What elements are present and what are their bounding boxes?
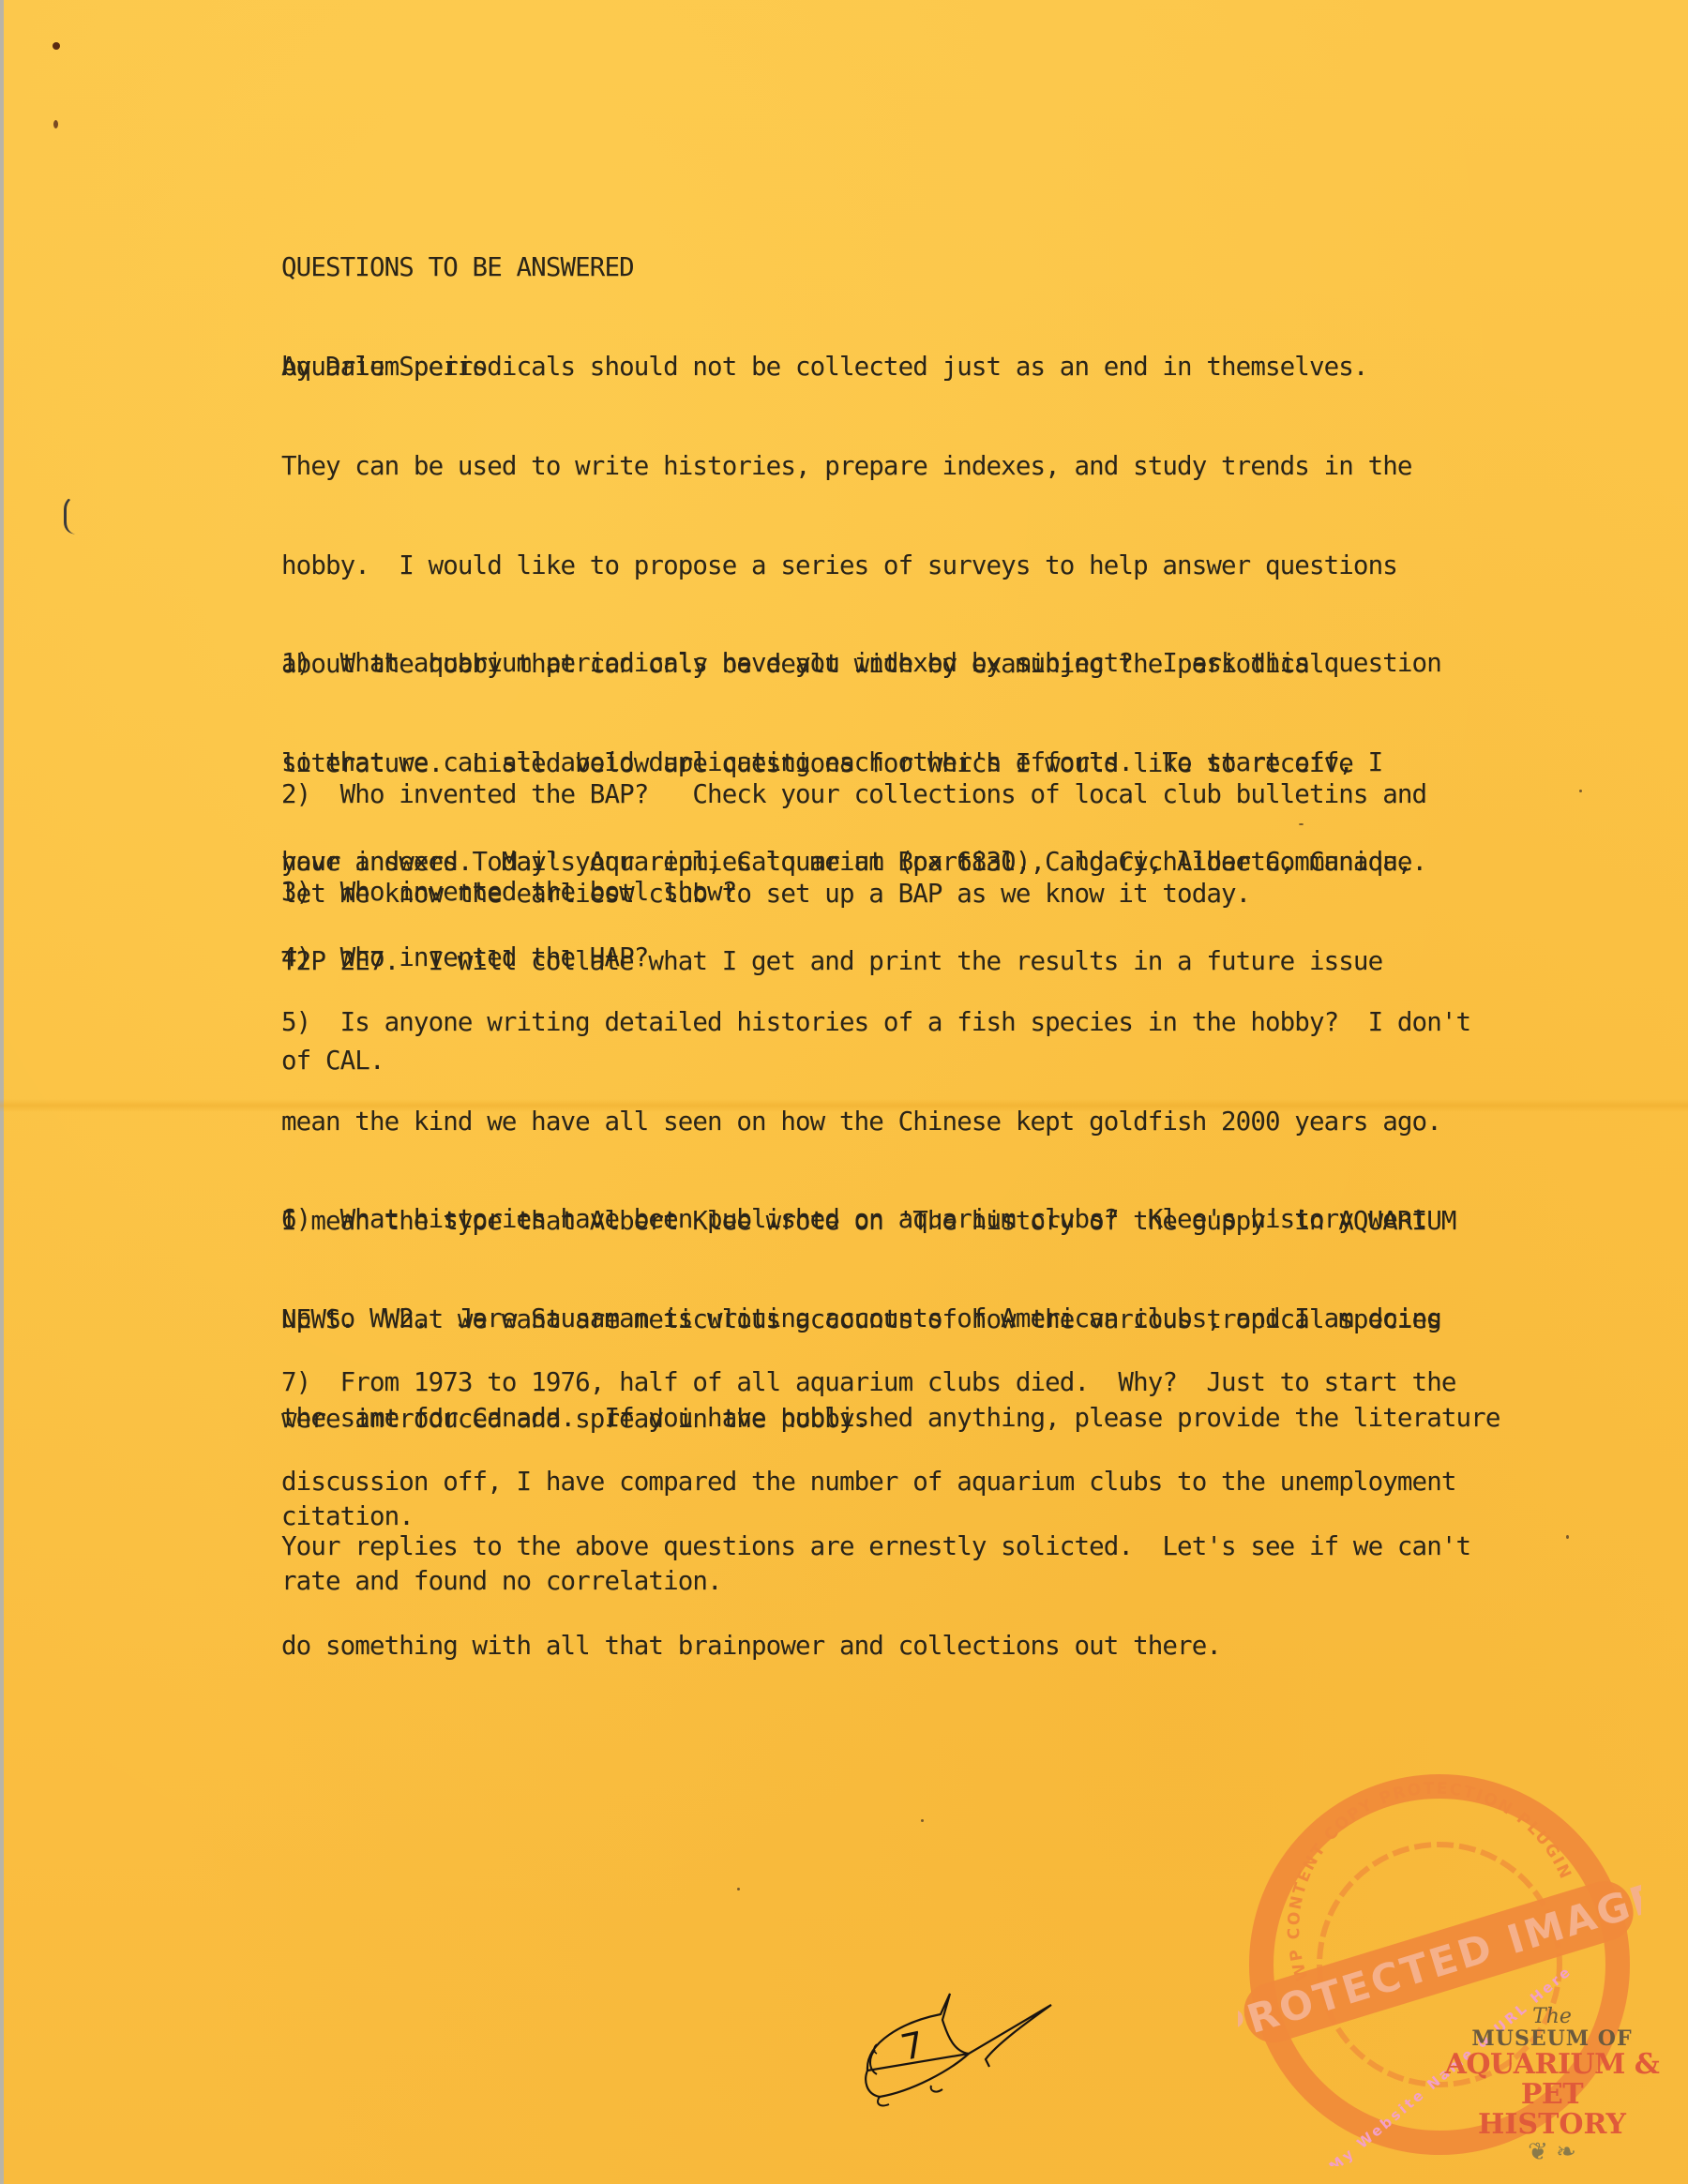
paper-speck	[1579, 790, 1582, 792]
punch-hole-mark	[53, 42, 60, 50]
paper-speck	[1566, 1535, 1569, 1539]
question-line: mean the kind we have all seen on how th…	[281, 1106, 1470, 1138]
question-line: 1) What aquarium periodicals have you in…	[281, 647, 1441, 680]
question-line: 7) From 1973 to 1976, half of all aquari…	[281, 1366, 1456, 1399]
paper-speck	[737, 1888, 740, 1890]
museum-logo-the: The	[1425, 2007, 1679, 2027]
museum-logo-aquarium: AQUARIUM & PET	[1425, 2050, 1679, 2110]
paragraph-line: They can be used to write histories, pre…	[281, 450, 1412, 483]
punch-hole-mark	[53, 120, 58, 128]
scan-edge	[0, 0, 4, 2184]
paragraph-line: Aquarium periodicals should not be colle…	[281, 351, 1412, 384]
museum-logo-history: HISTORY	[1425, 2110, 1679, 2140]
paragraph-line: hobby. I would like to propose a series …	[281, 550, 1412, 582]
closing-paragraph: Your replies to the above questions are …	[281, 1465, 1470, 1695]
museum-logo-of: MUSEUM OF	[1425, 2027, 1679, 2050]
article-title: QUESTIONS TO BE ANSWERED	[281, 251, 634, 284]
question-line: 6) What histories have been published on…	[281, 1203, 1500, 1236]
staple-mark	[64, 494, 82, 535]
fish-doodle-icon: 7	[837, 1986, 1063, 2117]
museum-logo: The MUSEUM OF AQUARIUM & PET HISTORY ❦ ❧	[1425, 2007, 1679, 2166]
paragraph-line: do something with all that brainpower an…	[281, 1630, 1470, 1663]
paragraph-line: Your replies to the above questions are …	[281, 1530, 1470, 1563]
question-line: 5) Is anyone writing detailed histories …	[281, 1006, 1470, 1039]
question-line: 2) Who invented the BAP? Check your coll…	[281, 778, 1426, 811]
paper-speck	[921, 1819, 924, 1822]
flourish-icon: ❦ ❧	[1425, 2140, 1679, 2164]
